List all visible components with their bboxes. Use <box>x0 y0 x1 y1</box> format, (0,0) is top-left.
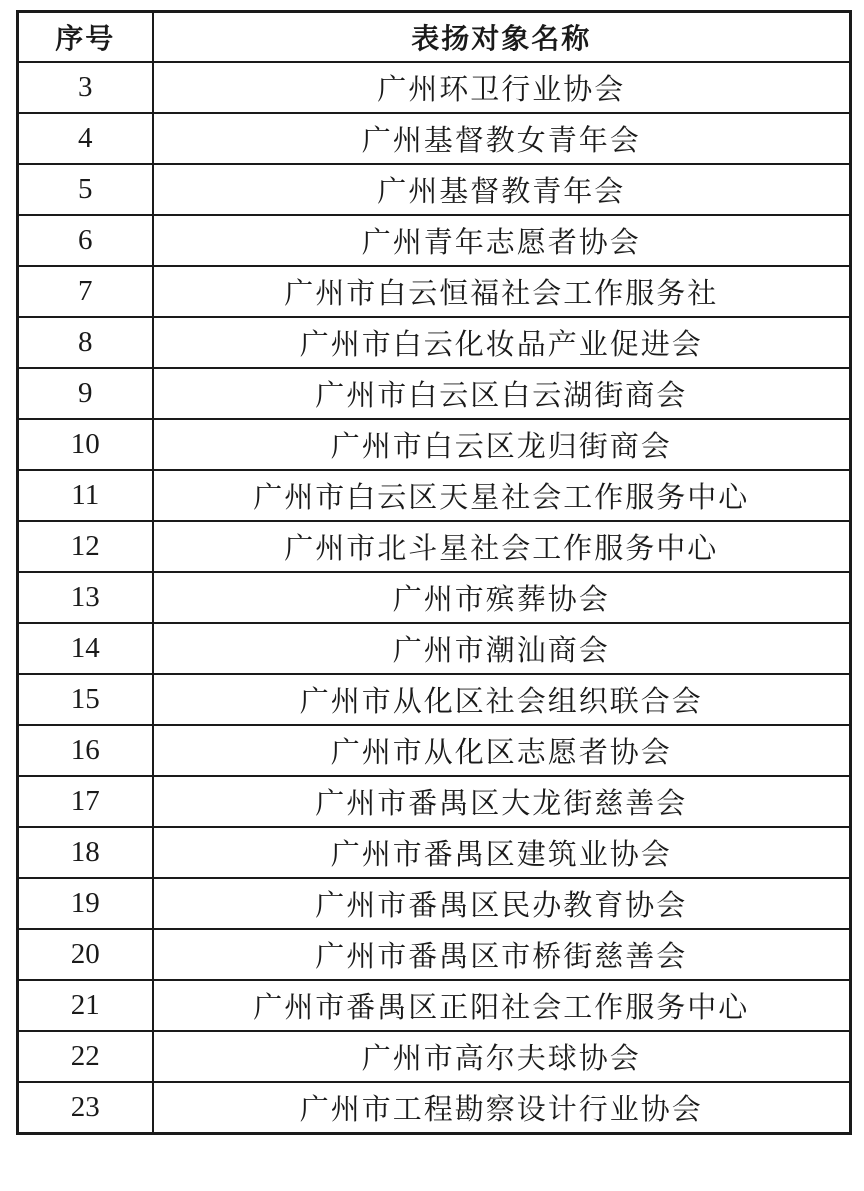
column-header-name: 表扬对象名称 <box>153 12 851 63</box>
row-name-cell: 广州市殡葬协会 <box>153 572 851 623</box>
table-row: 11广州市白云区天星社会工作服务中心 <box>18 470 851 521</box>
header-row: 序号 表扬对象名称 <box>18 12 851 63</box>
row-index-cell: 8 <box>18 317 153 368</box>
table-row: 20广州市番禺区市桥街慈善会 <box>18 929 851 980</box>
table-row: 15广州市从化区社会组织联合会 <box>18 674 851 725</box>
table-row: 4广州基督教女青年会 <box>18 113 851 164</box>
row-index-cell: 21 <box>18 980 153 1031</box>
table-row: 6广州青年志愿者协会 <box>18 215 851 266</box>
row-name-cell: 广州市白云区天星社会工作服务中心 <box>153 470 851 521</box>
row-name-cell: 广州市番禺区民办教育协会 <box>153 878 851 929</box>
table-row: 7广州市白云恒福社会工作服务社 <box>18 266 851 317</box>
table-row: 13广州市殡葬协会 <box>18 572 851 623</box>
row-name-cell: 广州青年志愿者协会 <box>153 215 851 266</box>
row-name-cell: 广州市番禺区正阳社会工作服务中心 <box>153 980 851 1031</box>
row-index-cell: 3 <box>18 62 153 113</box>
row-index-cell: 23 <box>18 1082 153 1134</box>
row-name-cell: 广州市番禺区市桥街慈善会 <box>153 929 851 980</box>
row-name-cell: 广州市北斗星社会工作服务中心 <box>153 521 851 572</box>
row-index-cell: 9 <box>18 368 153 419</box>
row-index-cell: 4 <box>18 113 153 164</box>
table-row: 22广州市高尔夫球协会 <box>18 1031 851 1082</box>
table-row: 3广州环卫行业协会 <box>18 62 851 113</box>
table-row: 23广州市工程勘察设计行业协会 <box>18 1082 851 1134</box>
table-row: 16广州市从化区志愿者协会 <box>18 725 851 776</box>
row-index-cell: 16 <box>18 725 153 776</box>
row-name-cell: 广州基督教女青年会 <box>153 113 851 164</box>
row-name-cell: 广州市番禺区建筑业协会 <box>153 827 851 878</box>
row-name-cell: 广州基督教青年会 <box>153 164 851 215</box>
row-name-cell: 广州市番禺区大龙街慈善会 <box>153 776 851 827</box>
row-name-cell: 广州市潮汕商会 <box>153 623 851 674</box>
table-row: 10广州市白云区龙归街商会 <box>18 419 851 470</box>
row-index-cell: 10 <box>18 419 153 470</box>
row-index-cell: 11 <box>18 470 153 521</box>
table-row: 5广州基督教青年会 <box>18 164 851 215</box>
table-row: 14广州市潮汕商会 <box>18 623 851 674</box>
row-index-cell: 20 <box>18 929 153 980</box>
row-index-cell: 5 <box>18 164 153 215</box>
row-name-cell: 广州环卫行业协会 <box>153 62 851 113</box>
row-name-cell: 广州市白云恒福社会工作服务社 <box>153 266 851 317</box>
row-index-cell: 14 <box>18 623 153 674</box>
row-index-cell: 18 <box>18 827 153 878</box>
table-row: 21广州市番禺区正阳社会工作服务中心 <box>18 980 851 1031</box>
table-row: 9广州市白云区白云湖街商会 <box>18 368 851 419</box>
row-name-cell: 广州市从化区志愿者协会 <box>153 725 851 776</box>
column-header-index: 序号 <box>18 12 153 63</box>
table-row: 8广州市白云化妆品产业促进会 <box>18 317 851 368</box>
row-name-cell: 广州市白云区白云湖街商会 <box>153 368 851 419</box>
row-index-cell: 15 <box>18 674 153 725</box>
table-row: 17广州市番禺区大龙街慈善会 <box>18 776 851 827</box>
row-name-cell: 广州市白云区龙归街商会 <box>153 419 851 470</box>
row-index-cell: 19 <box>18 878 153 929</box>
row-name-cell: 广州市工程勘察设计行业协会 <box>153 1082 851 1134</box>
row-name-cell: 广州市高尔夫球协会 <box>153 1031 851 1082</box>
row-index-cell: 17 <box>18 776 153 827</box>
row-name-cell: 广州市白云化妆品产业促进会 <box>153 317 851 368</box>
row-index-cell: 6 <box>18 215 153 266</box>
row-index-cell: 7 <box>18 266 153 317</box>
row-name-cell: 广州市从化区社会组织联合会 <box>153 674 851 725</box>
document-page: 序号 表扬对象名称 3广州环卫行业协会4广州基督教女青年会5广州基督教青年会6广… <box>0 0 864 1191</box>
row-index-cell: 12 <box>18 521 153 572</box>
table-row: 19广州市番禺区民办教育协会 <box>18 878 851 929</box>
table-row: 12广州市北斗星社会工作服务中心 <box>18 521 851 572</box>
row-index-cell: 13 <box>18 572 153 623</box>
table-row: 18广州市番禺区建筑业协会 <box>18 827 851 878</box>
commendation-table: 序号 表扬对象名称 3广州环卫行业协会4广州基督教女青年会5广州基督教青年会6广… <box>16 10 852 1135</box>
row-index-cell: 22 <box>18 1031 153 1082</box>
